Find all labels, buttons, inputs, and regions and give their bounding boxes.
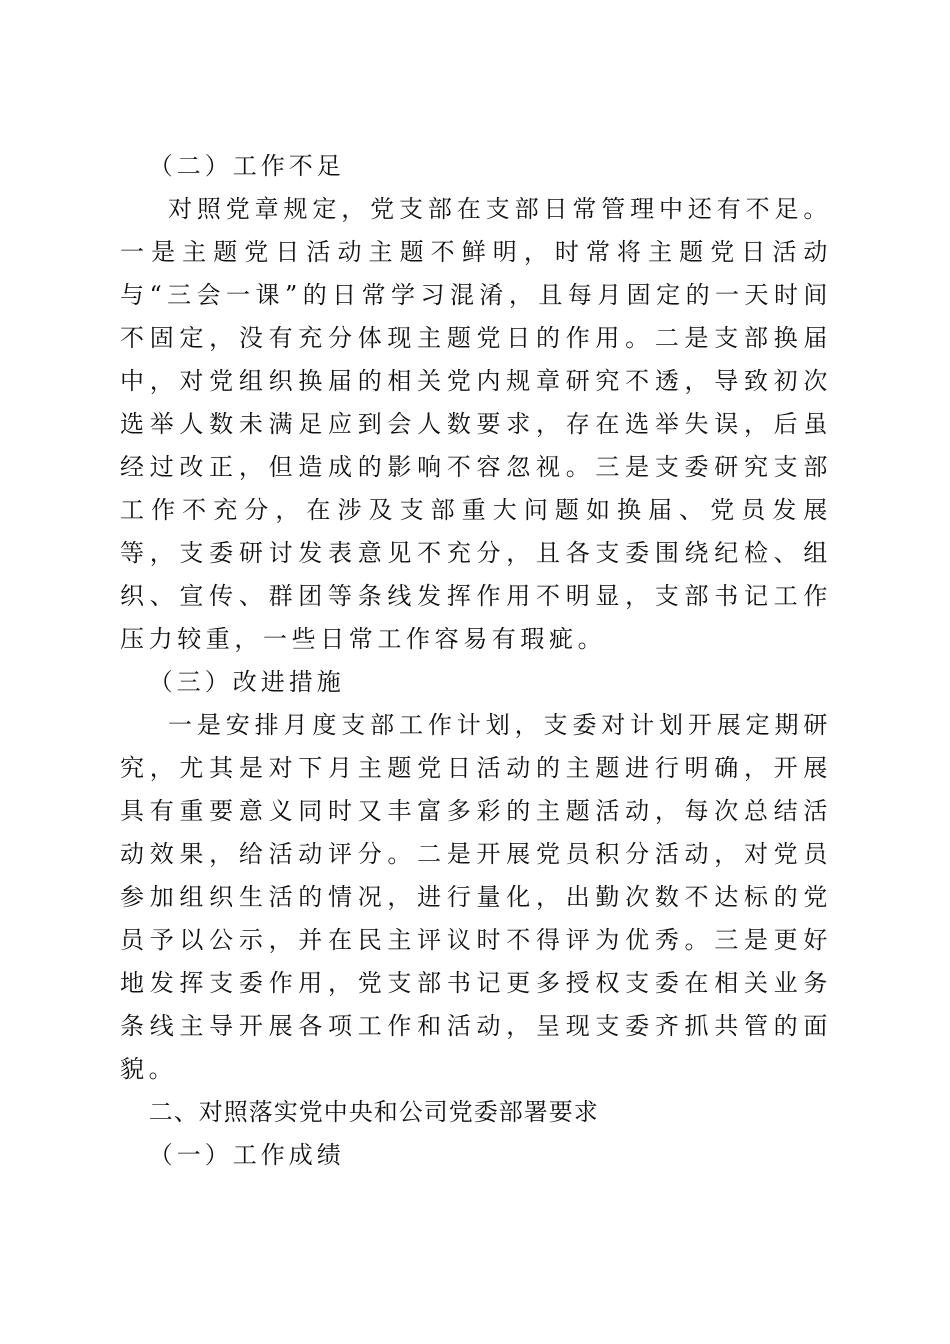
section-heading-2: 二、对照落实党中央和公司党委部署要求 xyxy=(120,1091,832,1134)
subheading-work-shortcomings: （二）工作不足 xyxy=(120,145,832,188)
document-page: （二）工作不足 对照党章规定，党支部在支部日常管理中还有不足。一是主题党日活动主… xyxy=(120,145,832,1177)
paragraph-shortcomings: 对照党章规定，党支部在支部日常管理中还有不足。一是主题党日活动主题不鲜明，时常将… xyxy=(120,188,832,661)
paragraph-improvement-measures: 一是安排月度支部工作计划，支委对计划开展定期研究，尤其是对下月主题党日活动的主题… xyxy=(120,704,832,1091)
subheading-work-achievements: （一）工作成绩 xyxy=(120,1134,832,1177)
subheading-improvement-measures: （三）改进措施 xyxy=(120,661,832,704)
